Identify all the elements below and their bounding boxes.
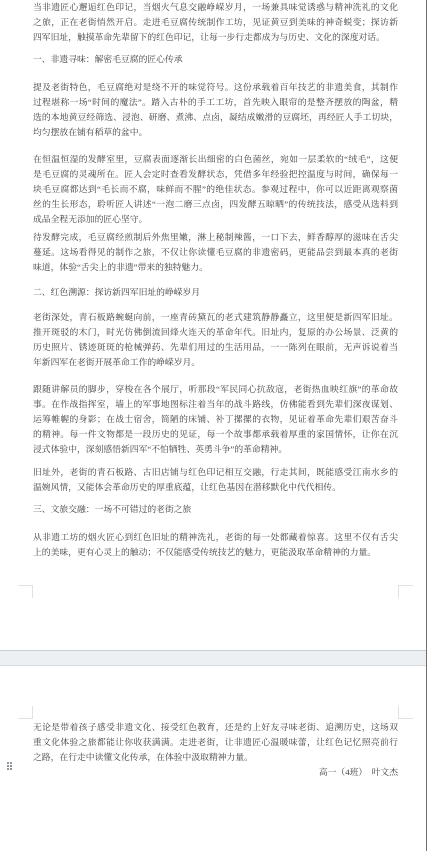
section-heading: 三、文旅交融：一场不可错过的老街之旅 bbox=[33, 502, 398, 517]
paragraph: 老街深处，青石板路蜿蜒向前，一座青砖黛瓦的老式建筑静静矗立，这里便是新四军旧址。… bbox=[33, 310, 398, 370]
document-page-1[interactable]: 当非遗匠心邂逅红色印记，当烟火气息交融峥嵘岁月，一场兼具味觉诱惑与精神洗礼的文化… bbox=[0, 0, 426, 650]
text-line: 从非遗工坊的烟火匠心到红色旧址的精神洗礼，老街的每一处都藏着惊喜。这里不仅有舌尖 bbox=[33, 530, 398, 545]
text-line: 是毛豆腐的灵魂所在。匠人会定时查看发酵状态，凭借多年经验把控温度与时间，确保每一 bbox=[33, 167, 398, 182]
text-line: 二、红色溯源：探访新四军旧址的峥嵘岁月 bbox=[33, 285, 398, 300]
text-line: 丝的生长形态，聆听匠人讲述“一泡二磨三点卤，四发酵五晾晒”的传统技法，感受从选料… bbox=[33, 197, 398, 212]
text-line: 温婉风情，又能体会革命历史的厚重底蕴，让红色基因在潜移默化中代代相传。 bbox=[33, 480, 398, 495]
text-line: 历史照片、锈迹斑斑的枪械弹药、先辈们用过的生活用品，一一陈列在眼前，无声诉说着当 bbox=[33, 340, 398, 355]
text-line: 老街深处，青石板路蜿蜒向前，一座青砖黛瓦的老式建筑静静矗立，这里便是新四军旧址。 bbox=[33, 310, 398, 325]
text-line: 年新四军在老街开展革命工作的峥嵘岁月。 bbox=[33, 355, 398, 370]
text-line: 运筹帷幄的身影；在战士宿舍，简陋的床铺、补丁摞摞的衣物，见证着革命先辈们艰苦奋斗 bbox=[33, 412, 398, 427]
text-line: 成品全程无添加的匠心坚守。 bbox=[33, 212, 398, 227]
text-line: 高一（4班） 叶文杰 bbox=[33, 765, 398, 780]
document-page-2[interactable]: 无论是带着孩子感受非遗文化、接受红色教育，还是约上好友寻味老街、追溯历史，这场双… bbox=[0, 666, 426, 851]
text-line: 块毛豆腐都达到“毛长而不腐，味鲜而不腥”的绝佳状态。参观过程中，你可以近距离观察… bbox=[33, 182, 398, 197]
text-line: 味道，体验“舌尖上的非遗”带来的独特魅力。 bbox=[33, 260, 398, 275]
text-line: 之旅，正在老街悄然开启。走进毛豆腐传统制作工坊，见证黄豆到美味的神奇蜕变；探访新 bbox=[33, 15, 398, 30]
text-boundary-mark-bottom-right bbox=[398, 585, 413, 598]
text-line: 在恒温恒湿的发酵室里，豆腐表面逐渐长出细密的白色菌丝，宛如一层柔软的“绒毛”，这… bbox=[33, 152, 398, 167]
document-canvas: { "app": { "kind": "word-processor-page-… bbox=[0, 0, 432, 851]
paragraph: 当非遗匠心邂逅红色印记，当烟火气息交融峥嵘岁月，一场兼具味觉诱惑与精神洗礼的文化… bbox=[33, 0, 398, 45]
text-line: 一、非遗寻味：解密毛豆腐的匠心传承 bbox=[33, 52, 398, 67]
text-boundary-mark-top-left bbox=[18, 706, 33, 719]
text-line: 浸式体验中，深刻感悟新四军“不怕牺牲、英勇斗争”的革命精神。 bbox=[33, 442, 398, 457]
paragraph: 旧址外，老街的青石板路、古旧店铺与红色印记相互交融，行走其间，既能感受江南水乡的… bbox=[33, 465, 398, 495]
text-line: 旧址外，老街的青石板路、古旧店铺与红色印记相互交融，行走其间，既能感受江南水乡的 bbox=[33, 465, 398, 480]
text-line: 当非遗匠心邂逅红色印记，当烟火气息交融峥嵘岁月，一场兼具味觉诱惑与精神洗礼的文化 bbox=[33, 0, 398, 15]
text-line: 上的美味，更有心灵上的触动；不仅能感受传统技艺的魅力，更能汲取革命精神的力量。 bbox=[33, 545, 398, 560]
paragraph: 无论是带着孩子感受非遗文化、接受红色教育，还是约上好友寻味老街、追溯历史，这场双… bbox=[33, 720, 398, 765]
text-line: 事。在作战指挥室，墙上的军事地图标注着当年的战斗路线，仿佛能看到先辈们深夜谋划、 bbox=[33, 397, 398, 412]
text-line: 无论是带着孩子感受非遗文化、接受红色教育，还是约上好友寻味老街、追溯历史，这场双 bbox=[33, 720, 398, 735]
section-heading: 一、非遗寻味：解密毛豆腐的匠心传承 bbox=[33, 52, 398, 67]
text-line: 重文化体验之旅都能让你收获满满。走进老街，让非遗匠心温暖味蕾，让红色记忆照亮前行 bbox=[33, 735, 398, 750]
paragraph: 在恒温恒湿的发酵室里，豆腐表面逐渐长出细密的白色菌丝，宛如一层柔软的“绒毛”，这… bbox=[33, 152, 398, 227]
text-line: 推开斑驳的木门，时光仿佛倒流回烽火连天的革命年代。旧址内，复原的办公场景、泛黄的 bbox=[33, 325, 398, 340]
text-line: 均匀摆放在铺有稻草的盆中。 bbox=[33, 125, 398, 140]
scrollbar-track[interactable] bbox=[427, 0, 432, 851]
paragraph: 从非遗工坊的烟火匠心到红色旧址的精神洗礼，老街的每一处都藏着惊喜。这里不仅有舌尖… bbox=[33, 530, 398, 560]
paragraph: 跟随讲解员的脚步，穿梭在各个展厅，听那段“军民同心抗敌寇，老街热血映红旗”的革命… bbox=[33, 382, 398, 457]
section-heading: 二、红色溯源：探访新四军旧址的峥嵘岁月 bbox=[33, 285, 398, 300]
text-line: 之路，在行走中读懂文化传承，在体验中汲取精神力量。 bbox=[33, 750, 398, 765]
text-line: 三、文旅交融：一场不可错过的老街之旅 bbox=[33, 502, 398, 517]
text-line: 四军旧址，触摸革命先辈留下的红色印记，让每一步行走都成为与历史、文化的深度对话。 bbox=[33, 30, 398, 45]
text-line: 蔓延。这场看得见的制作之旅，不仅让你读懂毛豆腐的非遗密码，更能品尝到最本真的老街 bbox=[33, 245, 398, 260]
text-line: 的精神。每一件文物都是一段历史的见证，每一个故事都承载着厚重的家国情怀，让你在沉 bbox=[33, 427, 398, 442]
text-boundary-mark-top-right bbox=[398, 706, 413, 719]
text-line: 提及老街特色，毛豆腐绝对是绕不开的味觉符号。这份承载着百年技艺的非遗美食，其制作 bbox=[33, 80, 398, 95]
text-boundary-mark-bottom-left bbox=[18, 585, 33, 598]
text-line: 选的本地黄豆经筛选、浸泡、研磨、煮沸、点卤，凝结成嫩滑的豆腐坯，再经匠人手工切块… bbox=[33, 110, 398, 125]
drag-handle-icon[interactable] bbox=[7, 762, 12, 770]
text-line: 待发酵完成，毛豆腐经煎制后外焦里嫩，淋上秘制辣酱，一口下去，鲜香醇厚的滋味在舌尖 bbox=[33, 230, 398, 245]
paragraph: 提及老街特色，毛豆腐绝对是绕不开的味觉符号。这份承载着百年技艺的非遗美食，其制作… bbox=[33, 80, 398, 140]
text-line: 过程堪称一场“时间的魔法”。踏入古朴的手工工坊，首先映入眼帘的是整齐摆放的陶盆，… bbox=[33, 95, 398, 110]
author-signature: 高一（4班） 叶文杰 bbox=[33, 765, 398, 780]
paragraph: 待发酵完成，毛豆腐经煎制后外焦里嫩，淋上秘制辣酱，一口下去，鲜香醇厚的滋味在舌尖… bbox=[33, 230, 398, 275]
text-line: 跟随讲解员的脚步，穿梭在各个展厅，听那段“军民同心抗敌寇，老街热血映红旗”的革命… bbox=[33, 382, 398, 397]
page-gap bbox=[0, 650, 426, 666]
